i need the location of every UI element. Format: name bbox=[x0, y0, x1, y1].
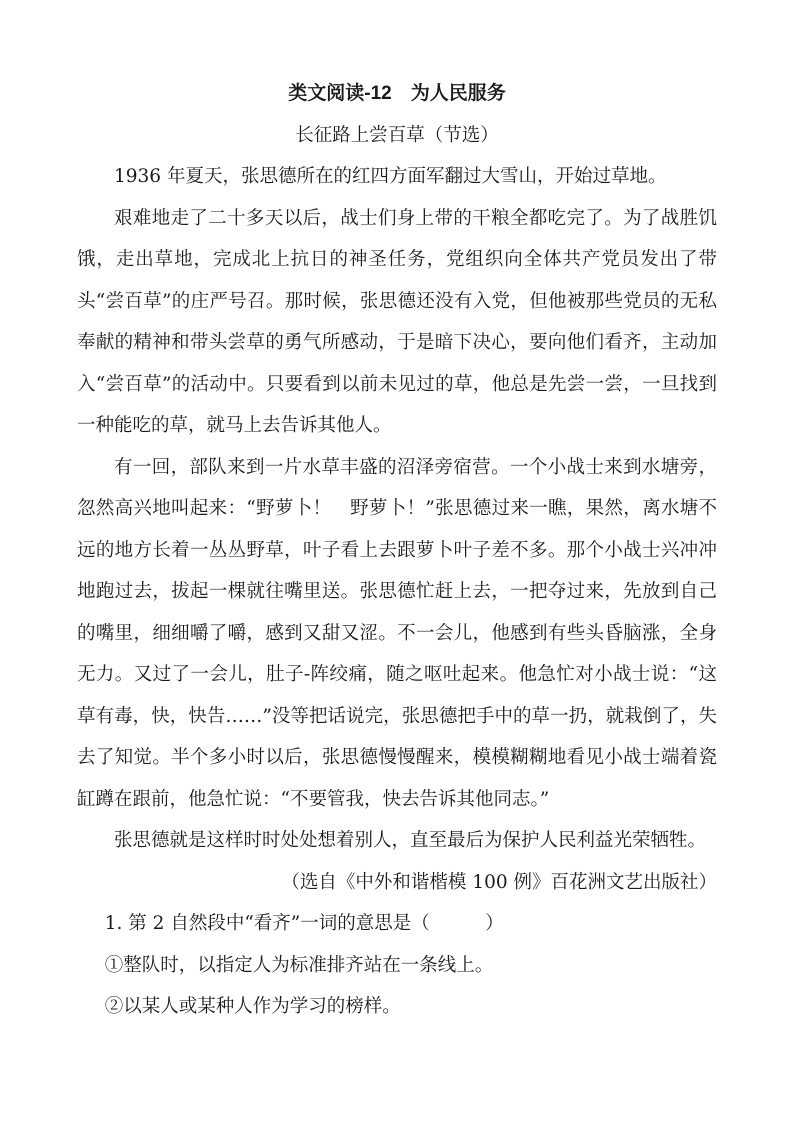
paragraph-1: 1936 年夏天，张思德所在的红四方面军翻过大雪山，开始过草地。 bbox=[77, 156, 717, 198]
paragraph-3: 有一回，部队来到一片水草丰盛的沼泽旁宿营。一个小战士来到水塘旁，忽然高兴地叫起来… bbox=[77, 447, 717, 821]
paragraph-4: 张思德就是这样时时处处想着别人，直至最后为保护人民利益光荣牺牲。 bbox=[77, 820, 717, 862]
question-1-option-1: ①整队时，以指定人为标准排齐站在一条线上。 bbox=[77, 945, 717, 987]
question-1-option-2: ②以某人或某种人作为学习的榜样。 bbox=[77, 986, 717, 1028]
page-title: 类文阅读-12 为人民服务 bbox=[77, 73, 717, 115]
paragraph-2: 艰难地走了二十多天以后，战士们身上带的干粮全都吃完了。为了战胜饥饿，走出草地，完… bbox=[77, 198, 717, 447]
article-title: 长征路上尝百草（节选） bbox=[77, 115, 717, 157]
question-1: 1. 第 2 自然段中“看齐”一词的意思是（ ） bbox=[77, 903, 717, 945]
document-page: 类文阅读-12 为人民服务 长征路上尝百草（节选） 1936 年夏天，张思德所在… bbox=[0, 0, 793, 1122]
source-citation: （选自《中外和谐楷模 100 例》百花洲文艺出版社） bbox=[77, 862, 717, 904]
